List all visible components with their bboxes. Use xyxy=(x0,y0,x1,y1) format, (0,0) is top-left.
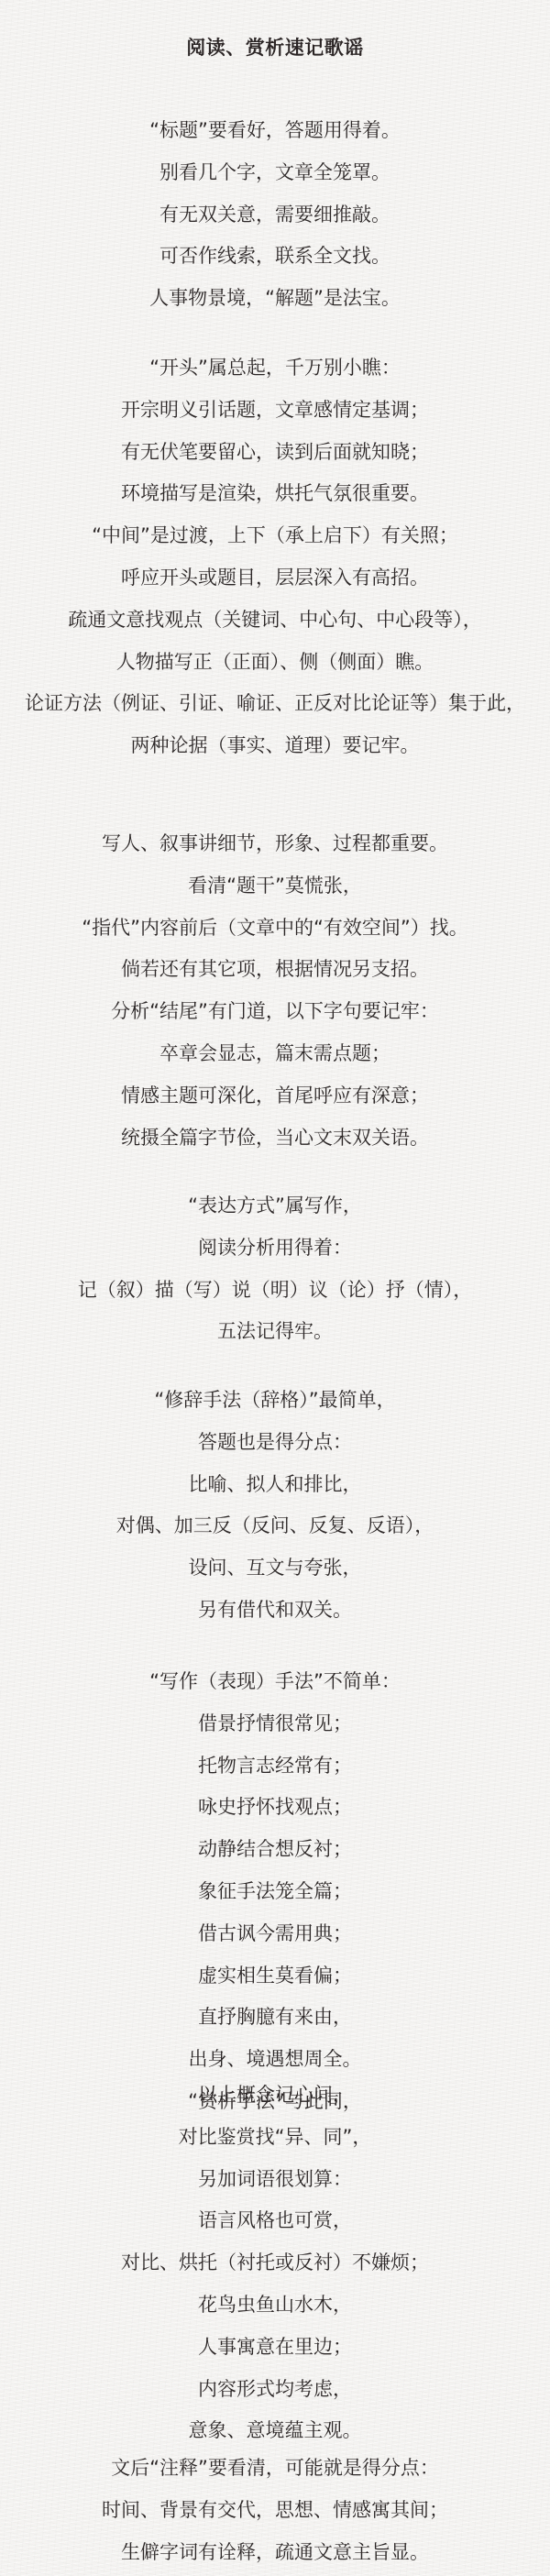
verse-line: 时间、背景有交代，思想、情感寓其间； xyxy=(0,2490,550,2532)
verse-line: 意象、意境蕴主观。 xyxy=(0,2410,550,2452)
verse-line: 托物言志经常有； xyxy=(0,1745,550,1788)
verse-line: 文后“注释”要看清，可能就是得分点： xyxy=(0,2448,550,2490)
verse-line: 设问、互文与夸张， xyxy=(0,1547,550,1590)
section-narrative-rhyme: 写人、叙事讲细节，形象、过程都重要。 看清“题干”莫慌张， “指代”内容前后（文… xyxy=(0,823,550,1159)
article-page: 阅读、赏析速记歌谣 “标题”要看好，答题用得着。 别看几个字，文章全笼罩。 有无… xyxy=(0,0,550,2576)
verse-line: 内容形式均考虑， xyxy=(0,2369,550,2411)
verse-line: 情感主题可深化，首尾呼应有深意； xyxy=(0,1075,550,1117)
section-title-rhyme: “标题”要看好，答题用得着。 别看几个字，文章全笼罩。 有无双关意，需要细推敲。… xyxy=(0,110,550,320)
verse-line: 环境描写是渲染，烘托气氛很重要。 xyxy=(0,473,550,515)
verse-line: 阅读分析用得着： xyxy=(0,1227,550,1270)
verse-line: 倘若还有其它项，根据情况另支招。 xyxy=(0,949,550,991)
verse-line: 呼应开头或题目，层层深入有高招。 xyxy=(0,557,550,600)
verse-line: “指代”内容前后（文章中的“有效空间”）找。 xyxy=(0,908,550,950)
verse-line: “表达方式”属写作， xyxy=(0,1185,550,1227)
verse-line: 疏通文意找观点（关键词、中心句、中心段等）， xyxy=(0,600,550,642)
section-appreciation-rhyme: 以上概念记心间， 对比鉴赏找“异、同”， 另加词语很划算： 语言风格也可赏， 对… xyxy=(0,2075,550,2452)
verse-line: “修辞手法（辞格）”最简单， xyxy=(0,1380,550,1422)
verse-line: 另有借代和双关。 xyxy=(0,1590,550,1632)
verse-line: 人事寓意在里边； xyxy=(0,2327,550,2369)
verse-line: 语言风格也可赏， xyxy=(0,2200,550,2242)
verse-line: 可否作线索，联系全文找。 xyxy=(0,236,550,278)
verse-line: 咏史抒怀找观点； xyxy=(0,1787,550,1829)
verse-line: 统摄全篇字节俭，当心文末双关语。 xyxy=(0,1117,550,1160)
section-opening-rhyme: “开头”属总起，千万别小瞧： 开宗明义引话题，文章感情定基调； 有无伏笔要留心，… xyxy=(0,347,550,767)
verse-line: 生僻字词有诠释，疏通文意主旨显。 xyxy=(0,2532,550,2574)
verse-line: 对偶、加三反（反问、反复、反语）， xyxy=(0,1505,550,1547)
section-technique-rhyme: “写作（表现）手法”不简单： 借景抒情很常见； 托物言志经常有； 咏史抒怀找观点… xyxy=(0,1661,550,2123)
verse-line: 别看几个字，文章全笼罩。 xyxy=(0,152,550,194)
verse-line: 人物描写正（正面）、侧（侧面）瞧。 xyxy=(0,642,550,684)
verse-line: 五法记得牢。 xyxy=(0,1311,550,1353)
verse-line: 对比鉴赏找“异、同”， xyxy=(0,2117,550,2159)
verse-line: 另加词语很划算： xyxy=(0,2159,550,2201)
verse-line: 开宗明义引话题，文章感情定基调； xyxy=(0,390,550,432)
verse-line: 借古讽今需用典； xyxy=(0,1913,550,1955)
verse-line: 花鸟虫鱼山水木， xyxy=(0,2284,550,2327)
verse-line: 象征手法笼全篇； xyxy=(0,1871,550,1913)
verse-line: 有无双关意，需要细推敲。 xyxy=(0,194,550,237)
verse-line: “开头”属总起，千万别小瞧： xyxy=(0,347,550,390)
verse-line: “写作（表现）手法”不简单： xyxy=(0,1661,550,1703)
verse-line: 分析“结尾”有门道，以下字句要记牢： xyxy=(0,991,550,1033)
verse-line: 卒章会显志，篇末需点题； xyxy=(0,1033,550,1075)
verse-line: 虚实相生莫看偏； xyxy=(0,1955,550,1998)
section-annotation-rhyme: 文后“注释”要看清，可能就是得分点： 时间、背景有交代，思想、情感寓其间； 生僻… xyxy=(0,2448,550,2573)
verse-line: 有无伏笔要留心，读到后面就知晓； xyxy=(0,432,550,474)
verse-line: 论证方法（例证、引证、喻证、正反对比论证等）集于此， xyxy=(0,683,550,725)
verse-line: 人事物景境，“解题”是法宝。 xyxy=(0,278,550,320)
verse-line: 写人、叙事讲细节，形象、过程都重要。 xyxy=(0,823,550,865)
verse-line: 借景抒情很常见； xyxy=(0,1703,550,1745)
section-expression-rhyme: “表达方式”属写作， 阅读分析用得着： 记（叙）描（写）说（明）议（论）抒（情）… xyxy=(0,1185,550,1353)
verse-line: 记（叙）描（写）说（明）议（论）抒（情）， xyxy=(0,1270,550,1312)
verse-line: “中间”是过渡，上下（承上启下）有关照； xyxy=(0,515,550,557)
verse-line: 对比、烘托（衬托或反衬）不嫌烦； xyxy=(0,2242,550,2284)
article-title: 阅读、赏析速记歌谣 xyxy=(0,28,550,68)
verse-line: 答题也是得分点： xyxy=(0,1422,550,1464)
verse-line: 动静结合想反衬； xyxy=(0,1829,550,1871)
verse-line: 以上概念记心间， xyxy=(0,2075,550,2117)
verse-line: “标题”要看好，答题用得着。 xyxy=(0,110,550,152)
verse-line: 看清“题干”莫慌张， xyxy=(0,865,550,908)
verse-line: 两种论据（事实、道理）要记牢。 xyxy=(0,725,550,767)
verse-line: 比喻、拟人和排比， xyxy=(0,1464,550,1506)
verse-line: 直抒胸臆有来由， xyxy=(0,1997,550,2039)
section-rhetoric-rhyme: “修辞手法（辞格）”最简单， 答题也是得分点： 比喻、拟人和排比， 对偶、加三反… xyxy=(0,1380,550,1632)
